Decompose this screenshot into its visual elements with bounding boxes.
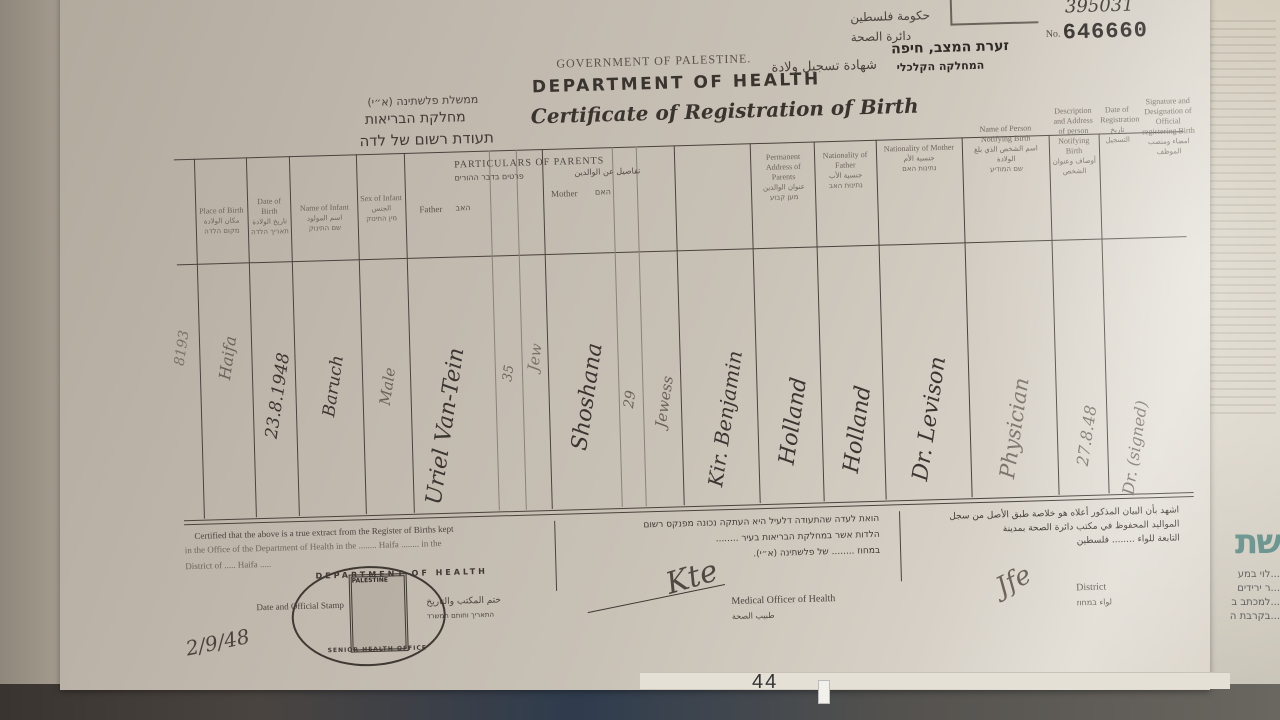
district-label: District: [1076, 582, 1106, 594]
paper-clip-icon: [818, 680, 830, 704]
column-header-nationality-mother: Nationality of Mother جنسية الأم נתינות …: [878, 142, 961, 174]
header-he: שם התינוק: [293, 222, 357, 234]
office-stamp-hebrew: זערת המצב, חיפה: [891, 38, 1009, 57]
header-en: Name of Person Notifying Birth: [979, 123, 1031, 143]
header-he: מקום הלדה: [198, 225, 246, 236]
paper-bottom-edge: [640, 672, 1230, 689]
entry-mother-age: 29: [621, 389, 639, 409]
column-header-notifier-description: Description and Address of person Notify…: [1050, 106, 1098, 177]
header-en: Date of Registration: [1100, 105, 1139, 125]
certificate-number: 646660: [1062, 18, 1148, 45]
column-header-official-signature: Signature and Designation of Official re…: [1138, 96, 1200, 158]
mother-subheading: Mother: [551, 188, 578, 199]
father-subheading: Father: [419, 204, 442, 215]
certificate-title-arabic: شهادة تسجيل ولادة: [771, 58, 877, 76]
header-ar: اسم الشخص الذي بلغ الولادة: [964, 143, 1049, 165]
entry-father-age: 35: [500, 364, 517, 383]
footer-column-divider: [899, 511, 902, 581]
revenue-stamp-label: PALESTINE: [352, 577, 388, 585]
column-header-nationality-father: Nationality of Father جنسية الأب נתינות …: [816, 150, 875, 192]
header-en: Nationality of Father: [823, 150, 868, 170]
registration-table: [174, 131, 1194, 521]
certification-text-he-1: הואת לעדה שהתעודה דלעיל היא העתקה נכונה …: [559, 514, 879, 533]
parents-section-title-arabic: تفاصيل عن الوالدين: [574, 166, 640, 177]
office-stamp-hebrew-2: המחלקה הקלכלי: [896, 59, 984, 74]
revenue-stamp-icon: [349, 573, 409, 653]
certification-text-he-3: במחוז ........ של פלשתינה (א״י).: [560, 546, 880, 565]
adjacent-line: ...למכתב ב: [1214, 596, 1280, 610]
certificate-title-hebrew: תעודת רשום של לדה: [359, 128, 494, 150]
header-ar: تاريخ التسجيل: [1100, 125, 1135, 146]
header-he: תאריך הלדה: [250, 226, 290, 237]
page-number: 44: [752, 671, 778, 694]
header-he: מין התינוק: [360, 213, 404, 224]
header-en: Sex of Infant: [360, 193, 402, 203]
header-en: Nationality of Mother: [884, 143, 954, 154]
adjacent-line: ...בקרבת ה: [1214, 610, 1280, 624]
column-header-sex: Sex of Infant الجنس מין התינוק: [359, 193, 404, 224]
header-en: Name of Infant: [300, 203, 349, 213]
certification-text-en-3: District of ..... Haifa .....: [185, 559, 271, 571]
adjacent-page-heading: שת: [1235, 522, 1280, 562]
header-he: מען קבוע: [755, 192, 813, 204]
header-he: נתינות האב: [817, 180, 875, 192]
certification-text-he-2: הלדות אשר במחלקת הבריאות בעיר ........: [560, 530, 880, 549]
certification-text-ar-3: التابعة للواء ........ فلسطين: [910, 533, 1180, 551]
government-heading-arabic: حكومة فلسطين: [850, 8, 930, 24]
handwritten-issue-date: 2/9/48: [184, 624, 252, 660]
reference-box: [950, 0, 1039, 26]
parents-section-title-hebrew: פרטים בדבר ההורים: [454, 172, 523, 183]
header-en: Permanent Address of Parents: [766, 152, 801, 182]
column-header-date-of-birth: Date of Birth تاريخ الولادة תאריך הלדה: [249, 196, 290, 237]
column-header-place-of-birth: Place of Birth مكان الولادة מקום הלדה: [197, 205, 246, 236]
mother-subheading-hebrew: האם: [595, 187, 611, 196]
government-heading-hebrew: ממשלת פלשתינה (א״י): [367, 93, 478, 109]
district-signature: Jfe: [991, 560, 1036, 603]
medical-officer-label-arabic: طبيب الصحة: [732, 611, 775, 621]
column-header-registration-date: Date of Registration تاريخ التسجيل: [1100, 105, 1135, 146]
handwritten-reference-number: 395031: [1065, 0, 1134, 17]
district-label-hebrew: لواء במחוז: [1077, 597, 1113, 607]
header-en: Description and Address of person Notify…: [1053, 106, 1093, 156]
header-en: Signature and Designation of Official re…: [1142, 96, 1195, 136]
header-en: Date of Birth: [257, 196, 281, 216]
certificate: GOVERNMENT OF PALESTINE. DEPARTMENT OF H…: [150, 0, 1218, 670]
certification-text-en-2: in the Office of the Department of Healt…: [185, 538, 442, 555]
adjacent-line: ...ר ירידים: [1214, 582, 1280, 596]
header-en: Place of Birth: [199, 205, 244, 215]
header-ar: أوصاف وعنوان الشخص: [1051, 156, 1098, 177]
medical-officer-label: Medical Officer of Health: [731, 593, 835, 607]
adjacent-line: ...לוי במע: [1214, 568, 1280, 582]
footer-column-divider: [554, 521, 557, 591]
number-label: No.: [1046, 29, 1061, 40]
column-header-name-of-infant: Name of Infant اسم المولود שם התינוק: [292, 202, 357, 234]
adjacent-page-lines: ...לוי במע ...ר ירידים ...למכתב ב ...בקר…: [1214, 568, 1280, 624]
column-header-address: Permanent Address of Parents عنوان الوال…: [754, 152, 813, 204]
header-ar: امضاء ومنصب الموظف: [1139, 136, 1200, 158]
father-subheading-hebrew: האב: [455, 203, 470, 212]
column-header-notifier-name: Name of Person Notifying Birth اسم الشخص…: [963, 123, 1048, 175]
department-heading-hebrew: מחלקת הבריאות: [365, 109, 466, 128]
government-heading: GOVERNMENT OF PALESTINE.: [556, 51, 751, 71]
certificate-title: Certificate of Registration of Birth: [531, 94, 919, 129]
